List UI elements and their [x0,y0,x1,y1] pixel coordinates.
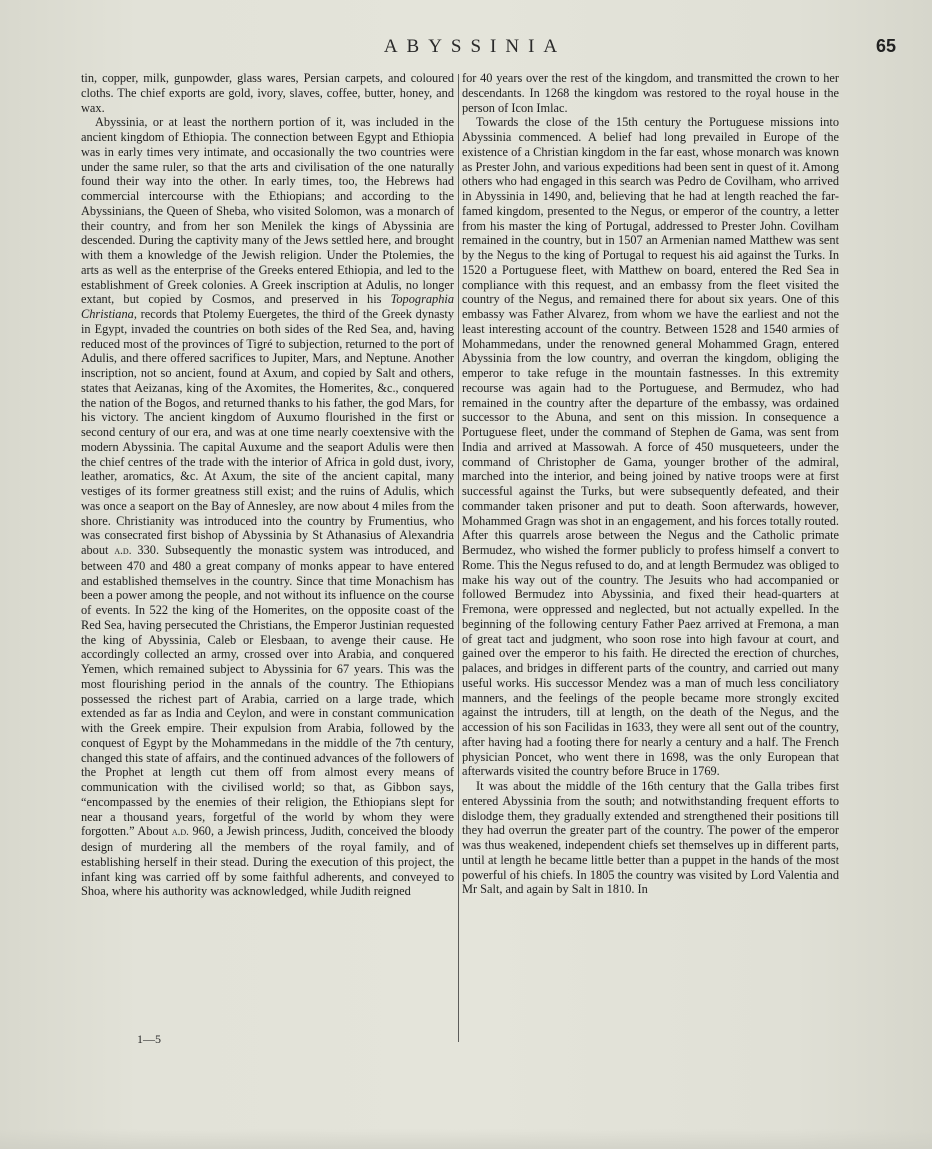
left-column: tin, copper, milk, gunpowder, glass ware… [81,71,454,899]
page-number: 65 [876,36,896,57]
right-column: for 40 years over the rest of the kingdo… [462,71,839,897]
column-divider [458,74,459,1042]
running-head: ABYSSINIA 65 [40,36,900,60]
scanned-page: ABYSSINIA 65 tin, copper, milk, gunpowde… [0,0,932,1149]
paragraph: for 40 years over the rest of the kingdo… [462,71,839,115]
text-segment: , records that Ptolemy Euergetes, the th… [81,307,454,557]
page-edge-shadow [0,1129,932,1149]
paragraph: tin, copper, milk, gunpowder, glass ware… [81,71,454,115]
era-abbreviation: a.d. [114,545,131,557]
text-segment: 330. Subsequently the monastic system wa… [81,543,454,838]
era-abbreviation: a.d. [172,826,189,838]
signature-mark: 1—5 [137,1032,161,1047]
text-segment: Abyssinia, or at least the northern port… [81,115,454,306]
running-title: ABYSSINIA [40,36,900,58]
paragraph: It was about the middle of the 16th cent… [462,779,839,897]
paragraph: Abyssinia, or at least the northern port… [81,115,454,899]
paragraph: Towards the close of the 15th century th… [462,115,839,779]
